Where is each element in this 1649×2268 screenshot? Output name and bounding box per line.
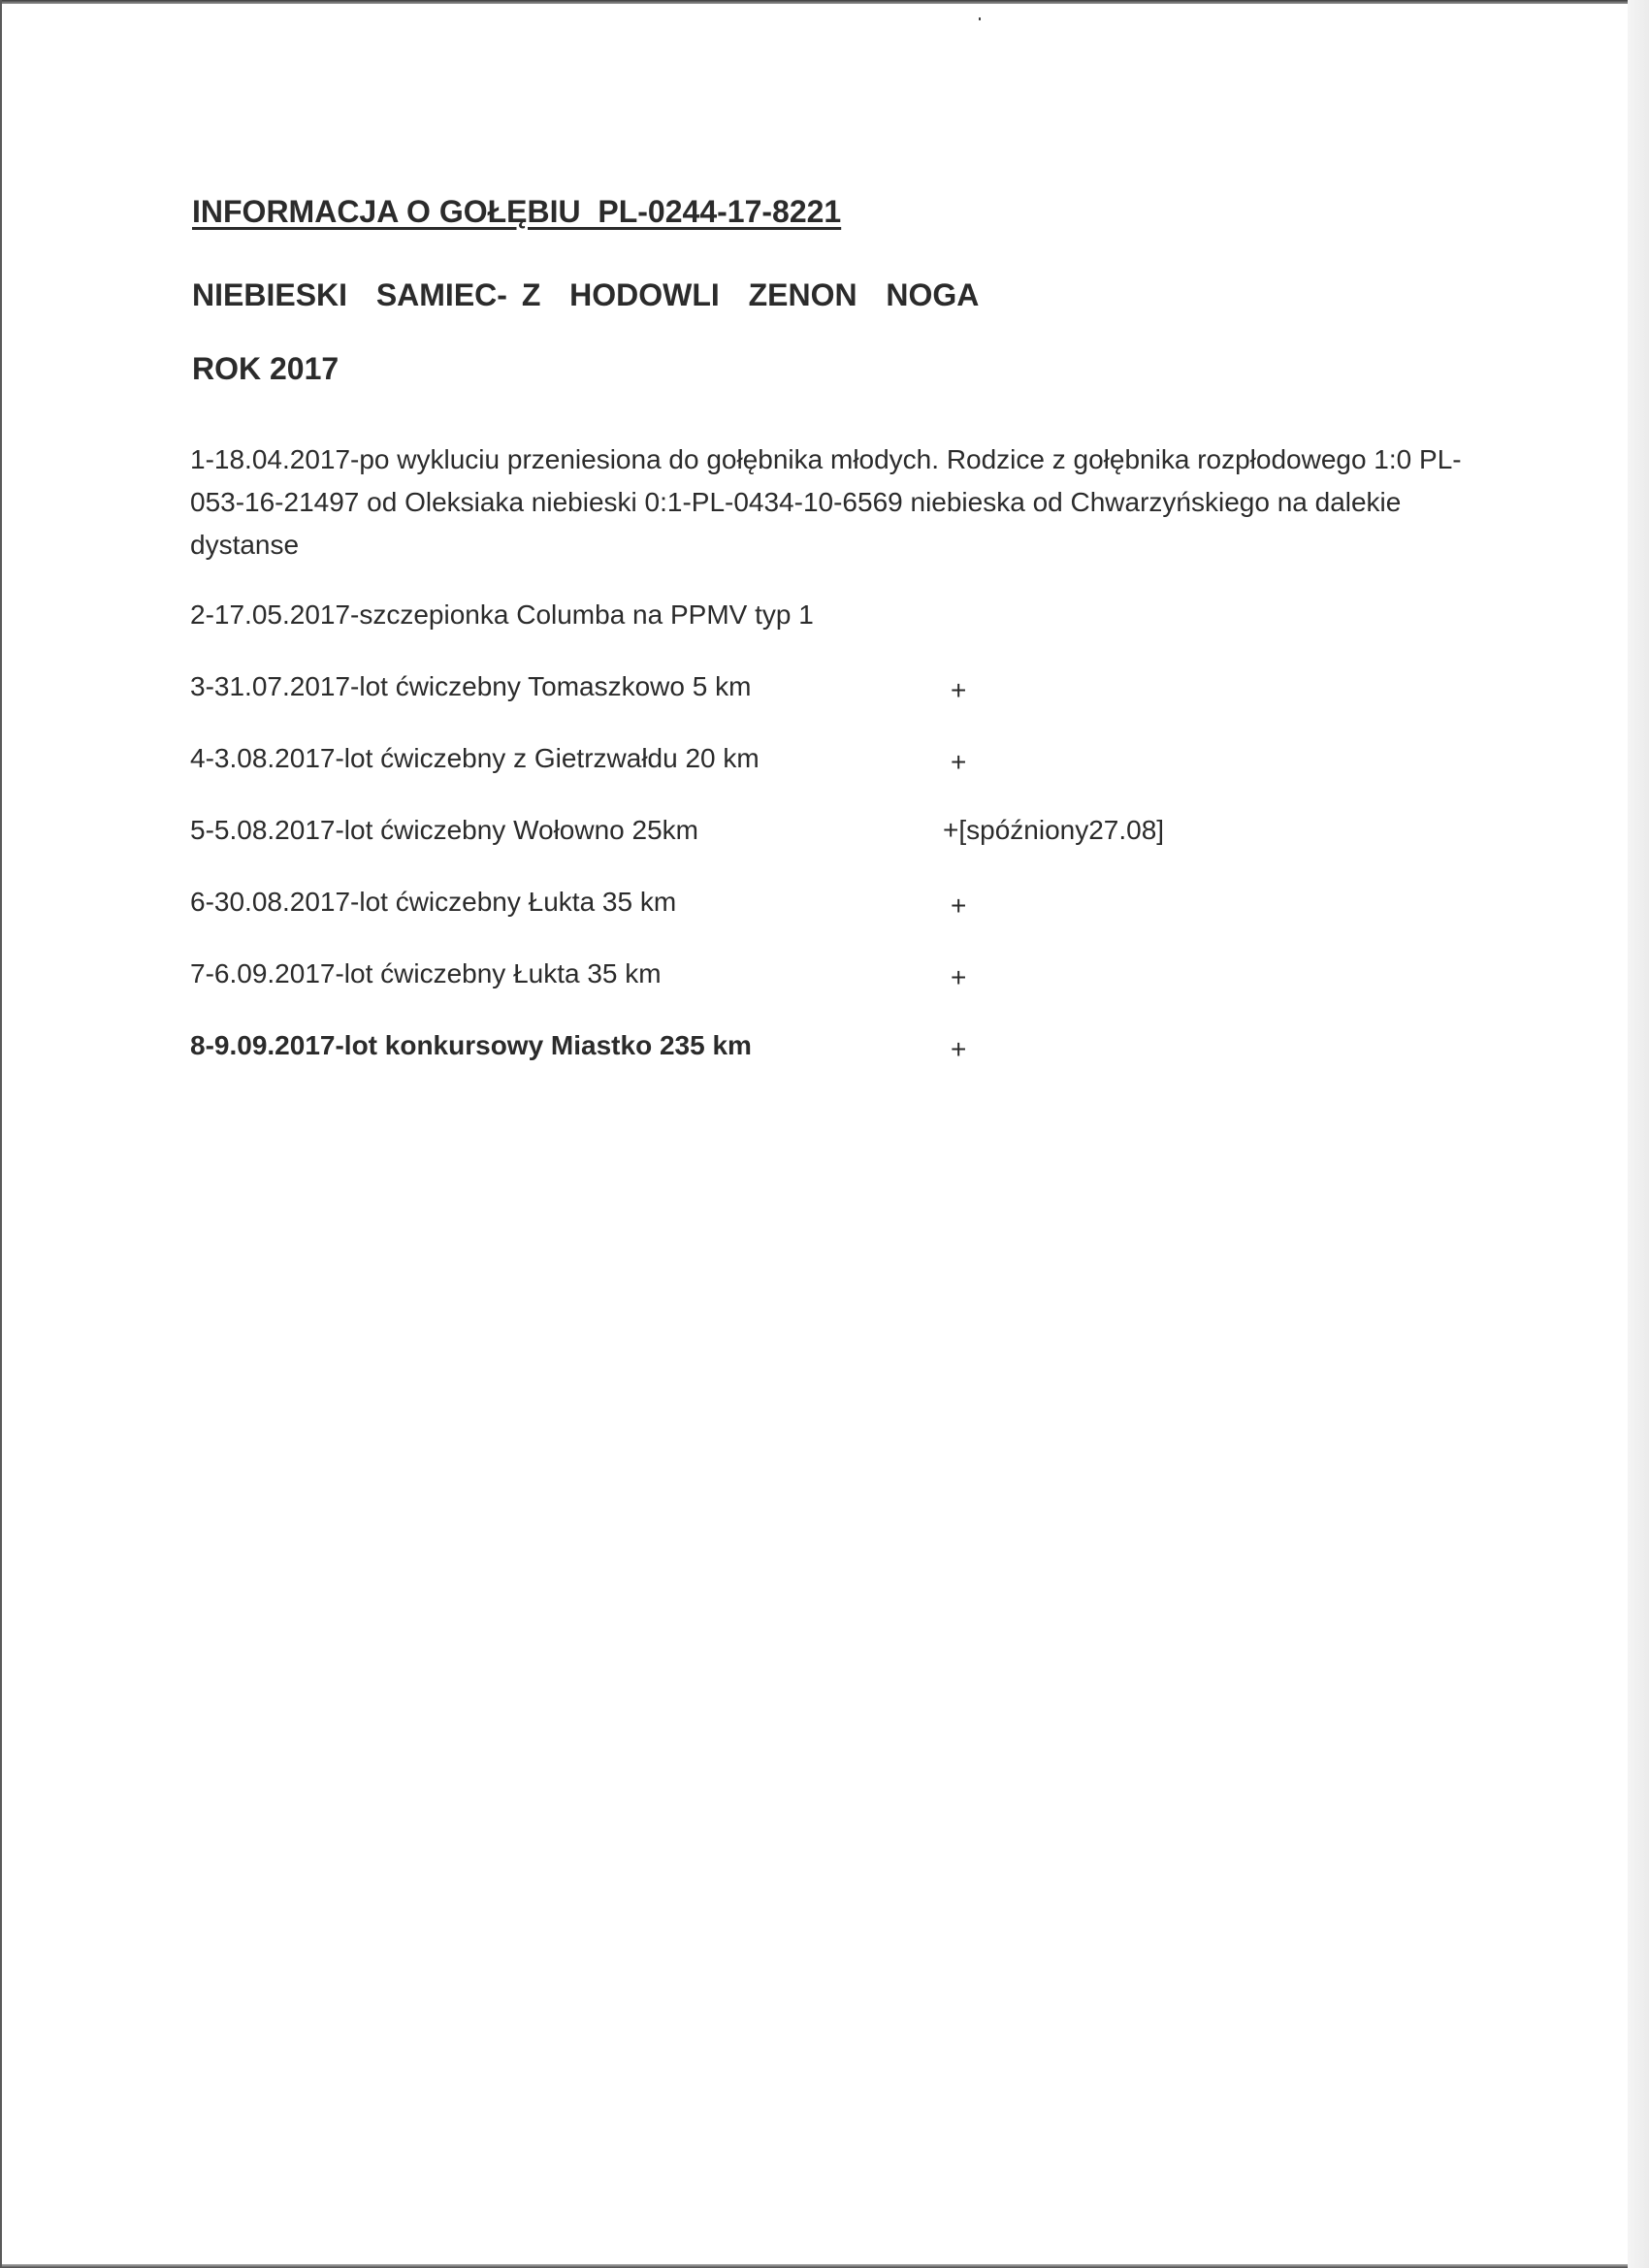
scan-border-top [0, 0, 1630, 4]
entry-8-competition-flight: 8-9.09.2017-lot konkursowy Miastko 235 k… [190, 1030, 752, 1061]
scan-border-right [1628, 0, 1649, 2268]
entry-5-training-flight: 5-5.08.2017-lot ćwiczebny Wołowno 25km [190, 815, 698, 846]
entry-7-training-flight: 7-6.09.2017-lot ćwiczebny Łukta 35 km [190, 958, 662, 989]
entry-4-status: + [951, 747, 966, 778]
scan-border-bottom [0, 2264, 1630, 2268]
entry-5-status: +[spóźniony27.08] [943, 815, 1164, 846]
entry-3-training-flight: 3-31.07.2017-lot ćwiczebny Tomaszkowo 5 … [190, 671, 751, 702]
document-subtitle: NIEBIESKI SAMIEC- Z HODOWLI ZENON NOGA [192, 277, 979, 313]
entry-4-training-flight: 4-3.08.2017-lot ćwiczebny z Gietrzwałdu … [190, 743, 760, 774]
entry-2-vaccination: 2-17.05.2017-szczepionka Columba na PPMV… [190, 599, 814, 631]
scanned-page: INFORMACJA O GOŁĘBIU PL-0244-17-8221 NIE… [0, 0, 1649, 2268]
year-heading: ROK 2017 [192, 351, 339, 387]
entry-1-hatching-and-parents: 1-18.04.2017-po wykluciu przeniesiona do… [190, 438, 1471, 567]
entry-6-training-flight: 6-30.08.2017-lot ćwiczebny Łukta 35 km [190, 887, 676, 918]
entry-8-status: + [951, 1034, 966, 1065]
scan-border-left [0, 0, 2, 2268]
entry-7-status: + [951, 962, 966, 993]
scan-speck [979, 17, 981, 20]
entry-3-status: + [951, 675, 966, 706]
entry-6-status: + [951, 891, 966, 922]
document-title: INFORMACJA O GOŁĘBIU PL-0244-17-8221 [192, 194, 841, 230]
